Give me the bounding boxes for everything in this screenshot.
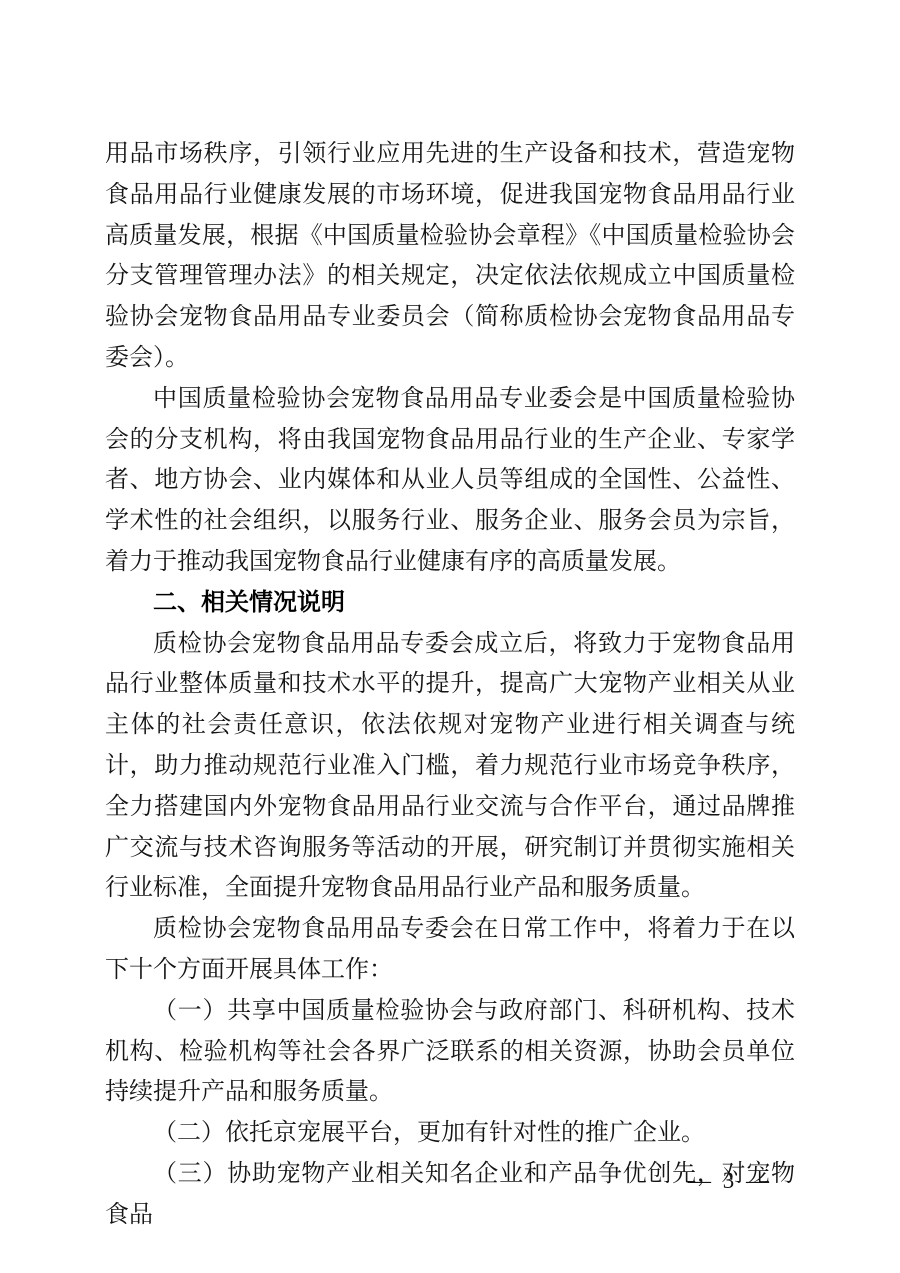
paragraph-continued: 用品市场秩序，引领行业应用先进的生产设备和技术，营造宠物食品用品行业健康发展的市… — [105, 134, 795, 379]
document-page: 用品市场秩序，引领行业应用先进的生产设备和技术，营造宠物食品用品行业健康发展的市… — [0, 0, 900, 1273]
section-heading: 二、相关情况说明 — [105, 583, 795, 624]
paragraph: 质检协会宠物食品用品专委会成立后，将致力于宠物食品用品行业整体质量和技术水平的提… — [105, 624, 795, 910]
list-item-3: （三）协助宠物产业相关知名企业和产品争优创先，对宠物食品 — [105, 1154, 795, 1236]
document-body: 用品市场秩序，引领行业应用先进的生产设备和技术，营造宠物食品用品行业健康发展的市… — [105, 134, 795, 1236]
page-number: — 3 — — [688, 1168, 772, 1194]
paragraph: 中国质量检验协会宠物食品用品专业委会是中国质量检验协会的分支机构，将由我国宠物食… — [105, 379, 795, 583]
list-item-2: （二）依托京宠展平台，更加有针对性的推广企业。 — [105, 1113, 795, 1154]
list-item-1: （一）共享中国质量检验协会与政府部门、科研机构、技术机构、检验机构等社会各界广泛… — [105, 991, 795, 1113]
paragraph: 质检协会宠物食品用品专委会在日常工作中，将着力于在以下十个方面开展具体工作： — [105, 909, 795, 991]
